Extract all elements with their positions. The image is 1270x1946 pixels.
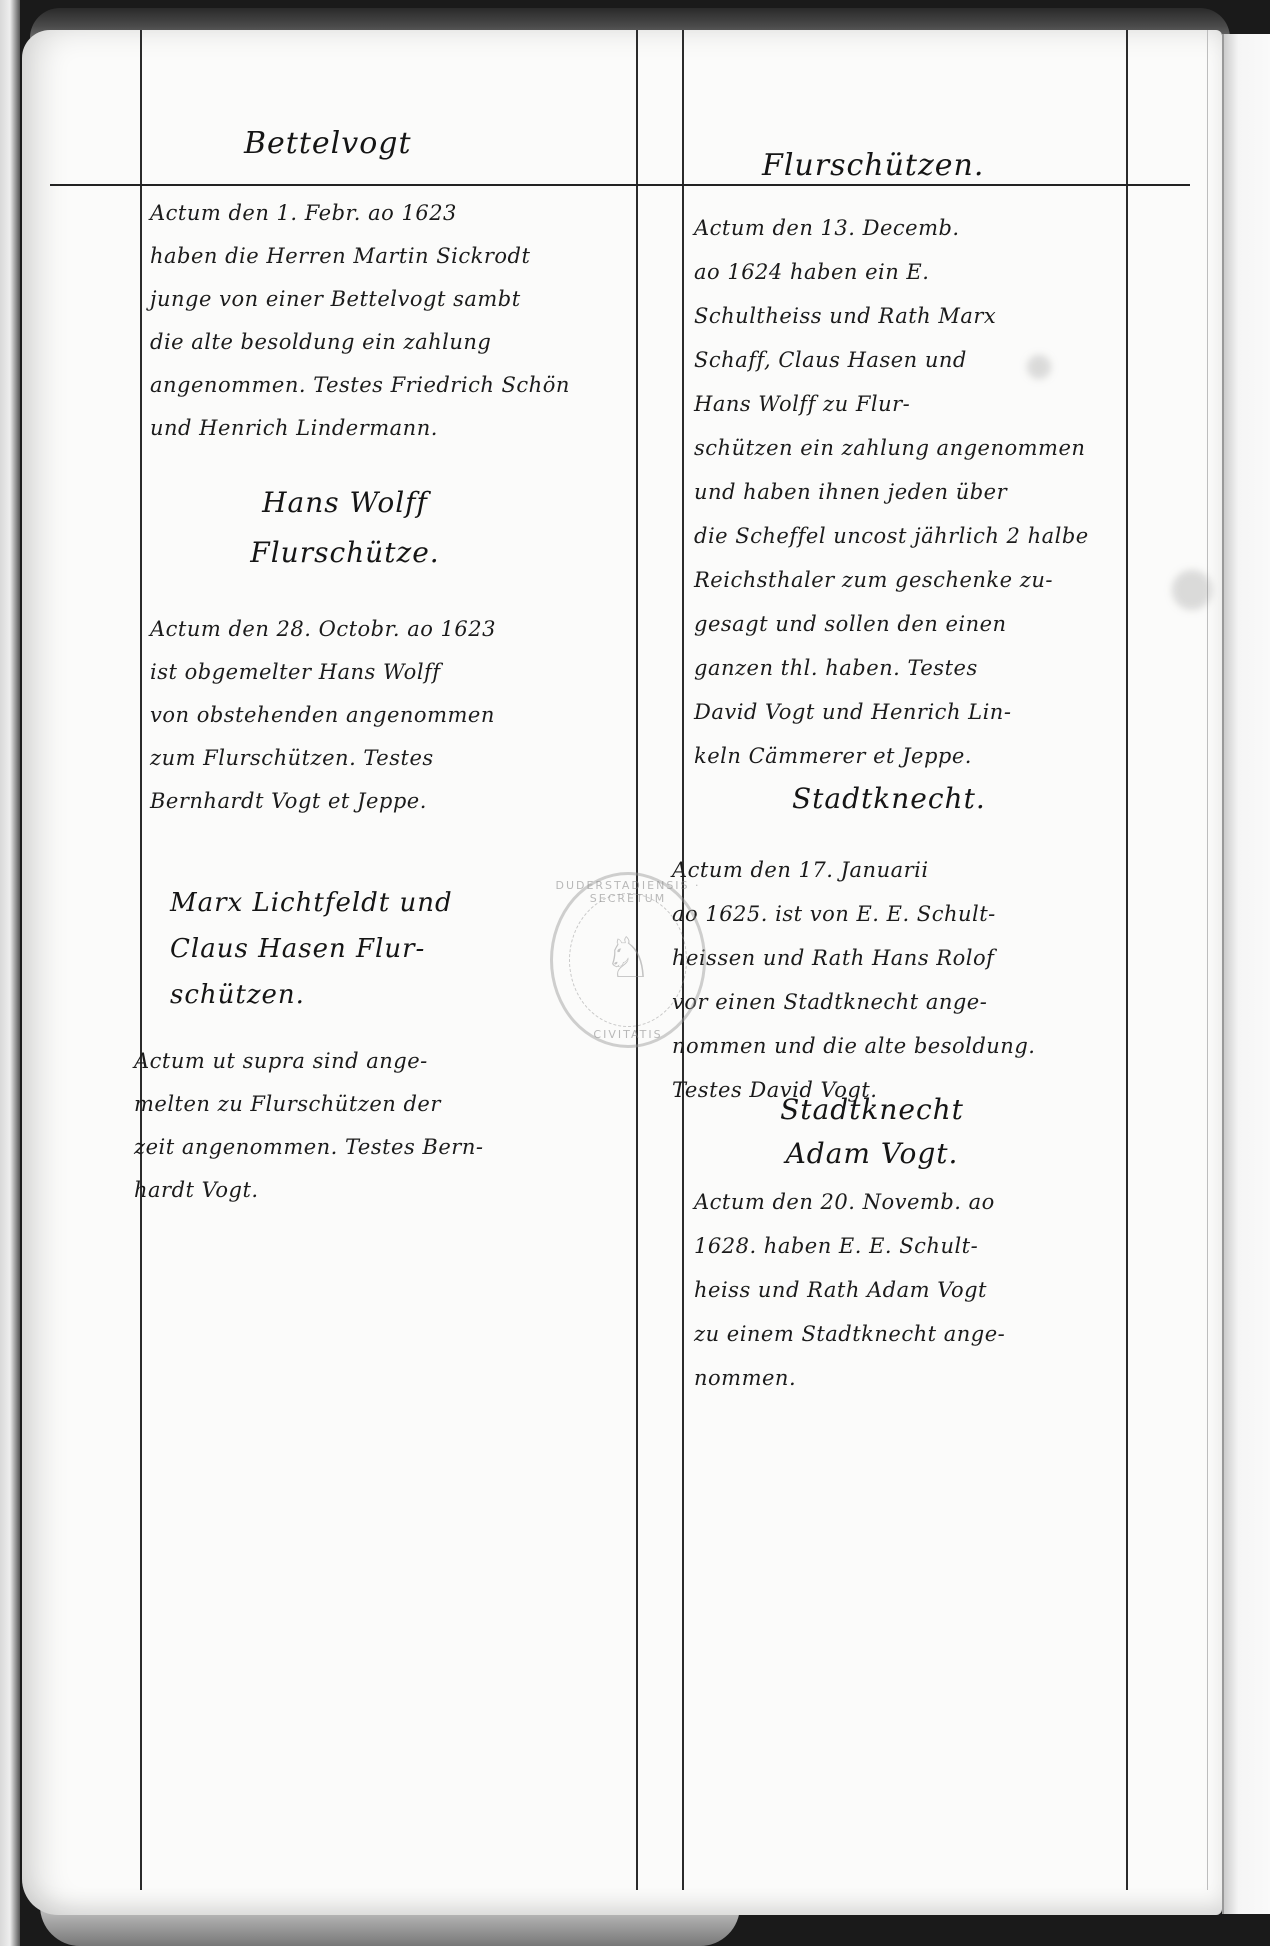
- left-entry-1-text: Actum den 1. Febr. ao 1623 haben die Her…: [150, 192, 660, 450]
- left-column-heading: Bettelvogt: [244, 126, 412, 161]
- paper-stain: [1172, 570, 1212, 610]
- left-entry-3-title: Marx Lichtfeldt und Claus Hasen Flur- sc…: [170, 880, 610, 1018]
- city-seal-stamp: DUDERSTADIENSIS · SECRETUM ♘ CIVITATIS: [550, 872, 706, 1048]
- right-entry-1-text: Actum den 13. Decemb. ao 1624 haben ein …: [694, 206, 1134, 778]
- header-rule: [50, 184, 1190, 186]
- left-entry-3-text: Actum ut supra sind ange- melten zu Flur…: [134, 1040, 644, 1212]
- right-entry-3-text: Actum den 20. Novemb. ao 1628. haben E. …: [694, 1180, 1134, 1400]
- left-entry-2-title: Hans Wolff Flurschütze.: [220, 478, 470, 578]
- right-entry-2-text: Actum den 17. Januarii ao 1625. ist von …: [672, 848, 1142, 1112]
- right-entry-3-title: Stadtknecht Adam Vogt.: [722, 1088, 1022, 1176]
- manuscript-page: Bettelvogt Actum den 1. Febr. ao 1623 ha…: [22, 30, 1222, 1915]
- next-page-edge: [1222, 34, 1270, 1914]
- left-entry-2-text: Actum den 28. Octobr. ao 1623 ist obgeme…: [150, 608, 660, 823]
- left-margin-rule: [140, 30, 142, 1890]
- right-entry-2-title: Stadtknecht.: [792, 782, 986, 815]
- right-column-heading: Flurschützen.: [762, 148, 984, 183]
- seal-inscription-top: DUDERSTADIENSIS · SECRETUM: [553, 879, 703, 905]
- lion-icon: ♘: [593, 923, 663, 995]
- gutter-fold: [1207, 30, 1208, 1890]
- adjacent-page-edge: [0, 0, 20, 1946]
- seal-inscription-bottom: CIVITATIS: [553, 1028, 703, 1041]
